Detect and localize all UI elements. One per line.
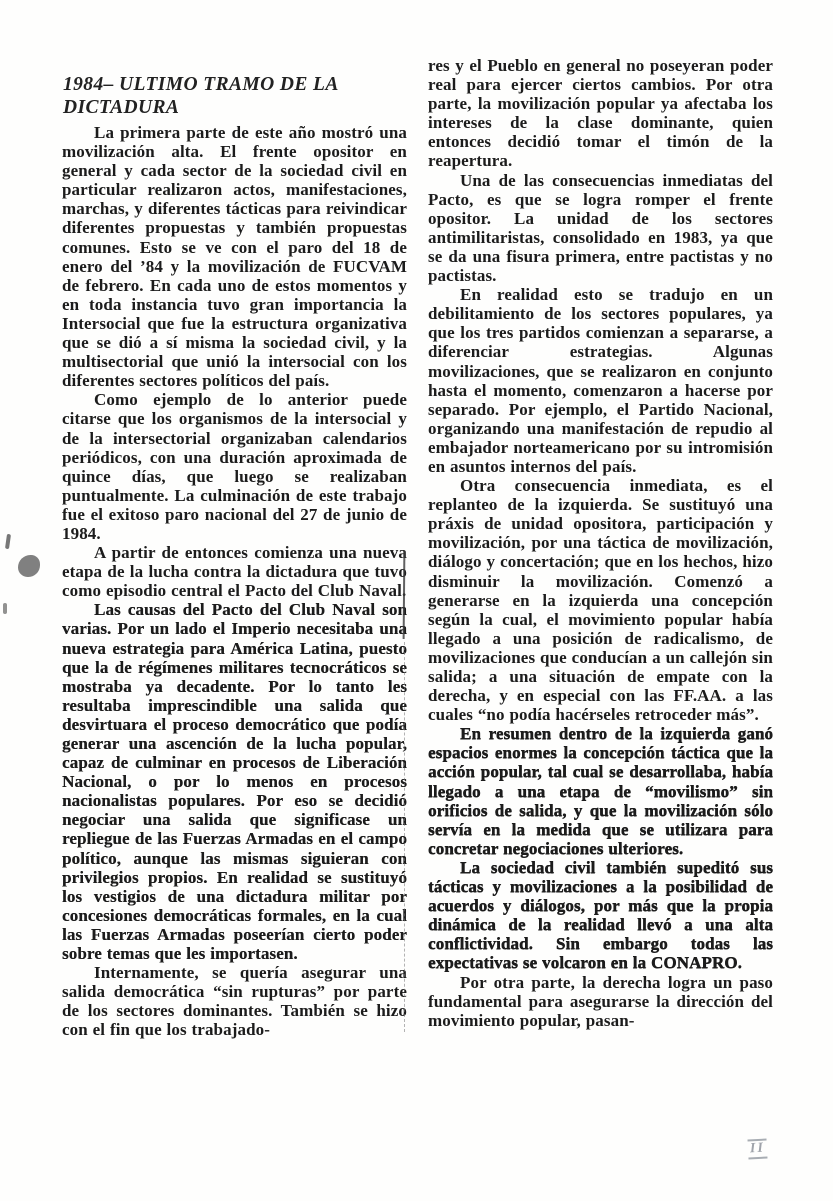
paragraph: Internamente, se quería asegurar una sal… (62, 963, 407, 1039)
paragraph: Las causas del Pacto del Club Naval son … (62, 600, 407, 963)
scanned-document-page: 1984– ULTIMO TRAMO DE LA DICTADURA La pr… (0, 0, 833, 1201)
ink-speck (18, 555, 40, 577)
paragraph: Como ejemplo de lo anterior puede citars… (62, 390, 407, 543)
paragraph: Una de las consecuencias inmediatas del … (428, 171, 773, 286)
article-title: 1984– ULTIMO TRAMO DE LA DICTADURA (63, 73, 355, 119)
left-column: La primera parte de este año mostró una … (62, 123, 407, 1040)
paragraph: Otra consecuencia inmediata, es el repla… (428, 476, 773, 724)
right-column: res y el Pueblo en general no poseyeran … (428, 56, 773, 1030)
paragraph: La primera parte de este año mostró una … (62, 123, 407, 390)
paragraph: Por otra parte, la derecha logra un paso… (428, 973, 773, 1030)
paragraph: La sociedad civil también supeditó sus t… (428, 858, 773, 973)
ink-speck (3, 603, 7, 614)
paragraph: En resumen dentro de la izquierda ganó e… (428, 724, 773, 858)
paragraph: En realidad esto se tradujo en un debili… (428, 285, 773, 476)
paragraph: res y el Pueblo en general no poseyeran … (428, 56, 773, 171)
paragraph: A partir de entonces comienza una nueva … (62, 543, 407, 600)
ink-speck (5, 534, 11, 549)
column-divider-dashed-line (404, 642, 405, 1032)
page-number-stamp: II (747, 1139, 767, 1160)
